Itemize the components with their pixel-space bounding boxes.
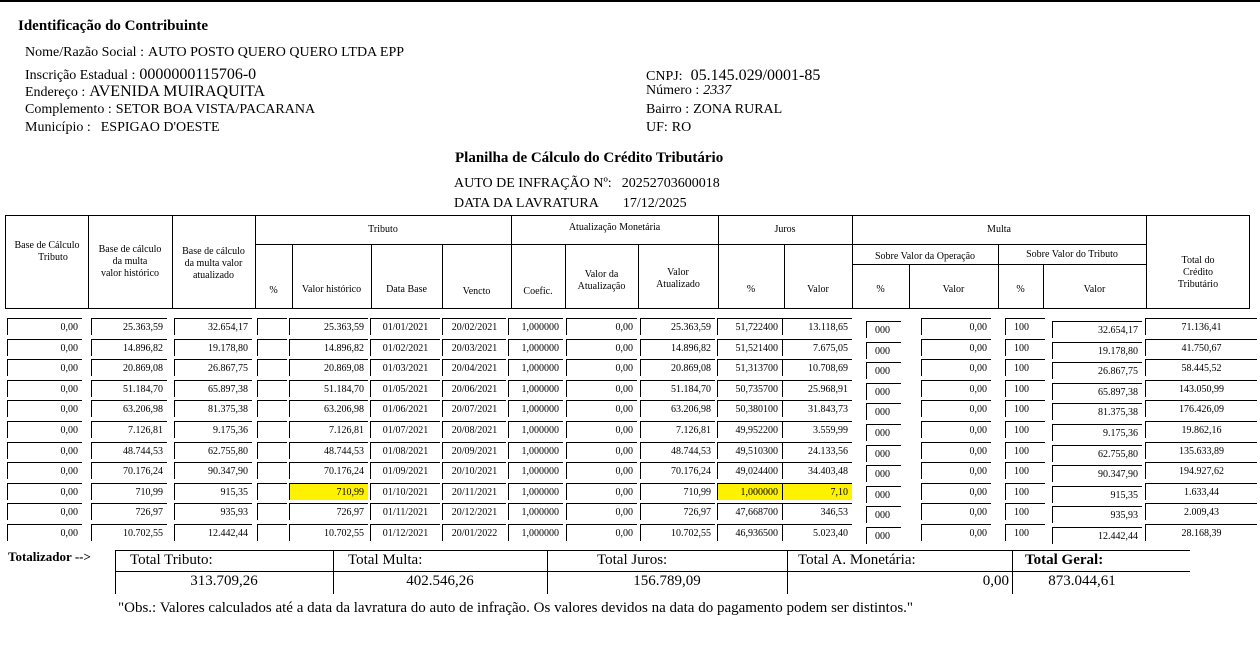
hdr-juros-valor: Valor (784, 284, 852, 296)
cell-bm-atual[interactable]: 81.375,38 (174, 400, 252, 417)
cell-total[interactable]: 28.168,39 (1145, 524, 1257, 541)
cell-mtr-valor[interactable]: 915,35 (1052, 486, 1142, 503)
cell-coef[interactable]: 1,000000 (508, 359, 563, 376)
cell-data-base[interactable]: 01/02/2021 (370, 339, 440, 356)
cell-mop-pct[interactable]: 000 (866, 527, 901, 544)
cell-base-trib[interactable]: 0,00 (7, 483, 82, 500)
cell-valor-atualizado[interactable]: 7.126,81 (640, 421, 715, 438)
cell-mtr-valor[interactable]: 19.178,80 (1052, 342, 1142, 359)
municipio-row: Município : ESPIGAO D'OESTE (25, 118, 220, 136)
cell-valor-hist[interactable]: 51.184,70 (289, 380, 368, 397)
cell-juros-valor[interactable]: 31.843,73 (782, 400, 852, 417)
total-atual-label: Total A. Monetária: (798, 552, 916, 569)
hdr-trib-vencto: Vencto (442, 286, 511, 298)
cell-valor-hist[interactable]: 63.206,98 (289, 400, 368, 417)
cell-juros-pct[interactable]: 51,722400 (717, 318, 782, 335)
cell-mop-pct[interactable]: 000 (866, 465, 901, 482)
cell-vencto[interactable]: 20/11/2021 (442, 483, 506, 500)
cell-total[interactable]: 41.750,67 (1145, 339, 1257, 356)
cell-v-atual[interactable]: 0,00 (566, 318, 637, 335)
cell-valor-atualizado[interactable]: 14.896,82 (640, 339, 715, 356)
cell-mop-valor[interactable]: 0,00 (921, 359, 991, 376)
cell-mop-pct[interactable]: 000 (866, 445, 901, 462)
cell-juros-valor[interactable]: 3.559,99 (782, 421, 852, 438)
cell-vencto[interactable]: 20/09/2021 (442, 442, 506, 459)
cell-valor-hist[interactable]: 48.744,53 (289, 442, 368, 459)
cell-bm-atual[interactable]: 32.654,17 (174, 318, 252, 335)
planilha-title: Planilha de Cálculo do Crédito Tributári… (455, 150, 723, 167)
cell-mop-pct[interactable]: 000 (866, 506, 901, 523)
cell-bm-atual[interactable]: 90.347,90 (174, 462, 252, 479)
cell-mop-valor[interactable]: 0,00 (921, 483, 991, 500)
cell-bm-atual[interactable]: 62.755,80 (174, 442, 252, 459)
cell-mop-valor[interactable]: 0,00 (921, 442, 991, 459)
endereco-row: Endereço : AVENIDA MUIRAQUITA (25, 83, 265, 101)
cell-bm-hist[interactable]: 710,99 (91, 483, 167, 500)
cell-data-base[interactable]: 01/11/2021 (370, 503, 440, 520)
totals-box: Total Tributo: 313.709,26 Total Multa: 4… (115, 550, 1190, 594)
cell-pct[interactable] (257, 442, 287, 459)
cell-valor-atualizado[interactable]: 25.363,59 (640, 318, 715, 335)
cell-juros-pct[interactable]: 49,952200 (717, 421, 782, 438)
cell-valor-atualizado[interactable]: 726,97 (640, 503, 715, 520)
cell-mtr-valor[interactable]: 12.442,44 (1052, 527, 1142, 544)
section-title-contribuinte: Identificação do Contribuinte (18, 18, 208, 35)
total-multa-label: Total Multa: (348, 552, 422, 569)
cell-bm-atual[interactable]: 12.442,44 (174, 524, 252, 541)
cell-valor-hist[interactable]: 7.126,81 (289, 421, 368, 438)
cell-mtr-pct[interactable]: 100 (1005, 318, 1045, 335)
municipio-value: ESPIGAO D'OESTE (101, 120, 220, 135)
hdr-multa-op-group: Sobre Valor da Operação (852, 251, 998, 263)
cell-base-trib[interactable]: 0,00 (7, 524, 82, 541)
cell-data-base[interactable]: 01/10/2021 (370, 483, 440, 500)
cell-data-base[interactable]: 01/06/2021 (370, 400, 440, 417)
cell-mtr-pct[interactable]: 100 (1005, 442, 1045, 459)
uf-row: UF: RO (646, 118, 691, 136)
cell-base-trib[interactable]: 0,00 (7, 400, 82, 417)
cell-mop-valor[interactable]: 0,00 (921, 421, 991, 438)
cell-mop-pct[interactable]: 000 (866, 362, 901, 379)
cell-juros-valor[interactable]: 7,10 (782, 483, 852, 500)
hdr-trib-data-base: Data Base (371, 284, 442, 296)
cell-valor-atualizado[interactable]: 63.206,98 (640, 400, 715, 417)
hdr-atual-coef: Coefic. (511, 286, 565, 298)
cell-mtr-pct[interactable]: 100 (1005, 380, 1045, 397)
cell-pct[interactable] (257, 359, 287, 376)
cell-base-trib[interactable]: 0,00 (7, 421, 82, 438)
hdr-multa-group: Multa (852, 224, 1146, 236)
cell-valor-hist[interactable]: 70.176,24 (289, 462, 368, 479)
cell-v-atual[interactable]: 0,00 (566, 400, 637, 417)
data-lavratura-row: DATA DA LAVRATURA 17/12/2025 (454, 194, 687, 212)
cell-mop-valor[interactable]: 0,00 (921, 503, 991, 520)
cell-bm-hist[interactable]: 7.126,81 (91, 421, 167, 438)
data-lavratura-value: 17/12/2025 (623, 196, 687, 211)
hdr-atual-valor-atualizado: ValorAtualizado (638, 267, 718, 291)
cell-data-base[interactable]: 01/01/2021 (370, 318, 440, 335)
total-juros-value: 156.789,09 (547, 573, 787, 590)
cell-data-base[interactable]: 01/12/2021 (370, 524, 440, 541)
auto-infracao-label: AUTO DE INFRAÇÃO Nº: (454, 176, 612, 191)
cell-vencto[interactable]: 20/04/2021 (442, 359, 506, 376)
cell-bm-atual[interactable]: 9.175,36 (174, 421, 252, 438)
cell-base-trib[interactable]: 0,00 (7, 442, 82, 459)
cell-coef[interactable]: 1,000000 (508, 318, 563, 335)
municipio-label: Município : (25, 120, 91, 135)
complemento-row: Complemento : SETOR BOA VISTA/PACARANA (25, 100, 315, 118)
cell-data-base[interactable]: 01/09/2021 (370, 462, 440, 479)
cell-juros-valor[interactable]: 13.118,65 (782, 318, 852, 335)
cell-mtr-pct[interactable]: 100 (1005, 483, 1045, 500)
cell-bm-hist[interactable]: 726,97 (91, 503, 167, 520)
cell-valor-atualizado[interactable]: 70.176,24 (640, 462, 715, 479)
hdr-multa-trib-pct: % (998, 284, 1043, 296)
total-geral-value: 873.044,61 (1012, 573, 1152, 590)
cell-total[interactable]: 176.426,09 (1145, 400, 1257, 417)
cell-total[interactable]: 194.927,62 (1145, 462, 1257, 479)
cell-coef[interactable]: 1,000000 (508, 483, 563, 500)
total-tributo-label: Total Tributo: (130, 552, 213, 569)
cell-mtr-valor[interactable]: 65.897,38 (1052, 383, 1142, 400)
hdr-atual-valor: Valor daAtualização (565, 269, 638, 293)
hdr-trib-pct: % (255, 285, 292, 297)
cell-vencto[interactable]: 20/03/2021 (442, 339, 506, 356)
hdr-multa-trib-valor: Valor (1043, 284, 1146, 296)
cell-mop-valor[interactable]: 0,00 (921, 524, 991, 541)
cell-valor-atualizado[interactable]: 20.869,08 (640, 359, 715, 376)
cell-valor-hist[interactable]: 20.869,08 (289, 359, 368, 376)
cell-mtr-pct[interactable]: 100 (1005, 421, 1045, 438)
cell-total[interactable]: 1.633,44 (1145, 483, 1257, 500)
cell-juros-valor[interactable]: 34.403,48 (782, 462, 852, 479)
cell-vencto[interactable]: 20/10/2021 (442, 462, 506, 479)
cell-total[interactable]: 2.009,43 (1145, 503, 1257, 520)
cell-juros-pct[interactable]: 1,000000 (717, 483, 782, 500)
cell-valor-hist[interactable]: 14.896,82 (289, 339, 368, 356)
table-header: Base de CálculoTributo Base de cálculoda… (5, 215, 1250, 309)
cell-base-trib[interactable]: 0,00 (7, 359, 82, 376)
cell-vencto[interactable]: 20/06/2021 (442, 380, 506, 397)
cell-juros-pct[interactable]: 49,510300 (717, 442, 782, 459)
cell-bm-hist[interactable]: 25.363,59 (91, 318, 167, 335)
cell-bm-hist[interactable]: 63.206,98 (91, 400, 167, 417)
cell-juros-pct[interactable]: 50,735700 (717, 380, 782, 397)
cell-coef[interactable]: 1,000000 (508, 400, 563, 417)
cell-v-atual[interactable]: 0,00 (566, 503, 637, 520)
cell-mop-valor[interactable]: 0,00 (921, 339, 991, 356)
cell-mtr-pct[interactable]: 100 (1005, 524, 1045, 541)
cell-mop-valor[interactable]: 0,00 (921, 318, 991, 335)
cell-base-trib[interactable]: 0,00 (7, 380, 82, 397)
cell-bm-hist[interactable]: 14.896,82 (91, 339, 167, 356)
cell-coef[interactable]: 1,000000 (508, 503, 563, 520)
hdr-base-calc-tributo: Base de CálculoTributo (6, 240, 88, 264)
cell-v-atual[interactable]: 0,00 (566, 442, 637, 459)
cell-mtr-pct[interactable]: 100 (1005, 339, 1045, 356)
cell-juros-pct[interactable]: 49,024400 (717, 462, 782, 479)
cell-coef[interactable]: 1,000000 (508, 339, 563, 356)
cell-pct[interactable] (257, 503, 287, 520)
hdr-multa-op-valor: Valor (909, 284, 998, 296)
cell-juros-valor[interactable]: 346,53 (782, 503, 852, 520)
cell-mop-valor[interactable]: 0,00 (921, 400, 991, 417)
cell-mtr-valor[interactable]: 90.347,90 (1052, 465, 1142, 482)
cell-juros-pct[interactable]: 50,380100 (717, 400, 782, 417)
hdr-trib-valor-hist: Valor histórico (292, 284, 371, 296)
observation-note: "Obs.: Valores calculados até a data da … (118, 600, 913, 617)
hdr-atual-group: Atualização Monetária (511, 222, 718, 234)
cell-mtr-valor[interactable]: 81.375,38 (1052, 403, 1142, 420)
nome-label: Nome/Razão Social : (25, 45, 144, 60)
cell-v-atual[interactable]: 0,00 (566, 483, 637, 500)
cell-bm-atual[interactable]: 65.897,38 (174, 380, 252, 397)
cell-total[interactable]: 143.050,99 (1145, 380, 1257, 397)
cell-total[interactable]: 71.136,41 (1145, 318, 1257, 335)
cell-bm-atual[interactable]: 19.178,80 (174, 339, 252, 356)
cell-mop-valor[interactable]: 0,00 (921, 462, 991, 479)
cell-pct[interactable] (257, 339, 287, 356)
total-atual-value: 0,00 (787, 573, 1009, 590)
cell-pct[interactable] (257, 462, 287, 479)
cell-total[interactable]: 135.633,89 (1145, 442, 1257, 459)
cell-vencto[interactable]: 20/07/2021 (442, 400, 506, 417)
auto-infracao-row: AUTO DE INFRAÇÃO Nº: 20252703600018 (454, 174, 720, 192)
cell-mtr-pct[interactable]: 100 (1005, 400, 1045, 417)
cell-mtr-pct[interactable]: 100 (1005, 359, 1045, 376)
hdr-juros-group: Juros (718, 224, 852, 236)
cell-valor-hist[interactable]: 726,97 (289, 503, 368, 520)
cell-base-trib[interactable]: 0,00 (7, 339, 82, 356)
ie-row: Inscrição Estadual : 0000000115706-0 (25, 66, 256, 84)
cell-vencto[interactable]: 20/01/2022 (442, 524, 506, 541)
cell-juros-valor[interactable]: 10.708,69 (782, 359, 852, 376)
cell-bm-hist[interactable]: 51.184,70 (91, 380, 167, 397)
ie-value: 0000000115706-0 (139, 66, 256, 83)
hdr-multa-trib-group: Sobre Valor do Tributo (998, 249, 1146, 261)
cell-valor-atualizado[interactable]: 710,99 (640, 483, 715, 500)
cell-mop-pct[interactable]: 000 (866, 424, 901, 441)
cell-mop-pct[interactable]: 000 (866, 342, 901, 359)
cell-coef[interactable]: 1,000000 (508, 442, 563, 459)
cell-pct[interactable] (257, 421, 287, 438)
cell-juros-pct[interactable]: 47,668700 (717, 503, 782, 520)
cell-bm-hist[interactable]: 20.869,08 (91, 359, 167, 376)
cell-valor-hist[interactable]: 710,99 (289, 483, 368, 500)
endereco-label: Endereço : (25, 85, 85, 100)
cell-data-base[interactable]: 01/03/2021 (370, 359, 440, 376)
cell-v-atual[interactable]: 0,00 (566, 421, 637, 438)
cell-mtr-pct[interactable]: 100 (1005, 462, 1045, 479)
endereco-value: AVENIDA MUIRAQUITA (89, 83, 265, 100)
cell-data-base[interactable]: 01/08/2021 (370, 442, 440, 459)
bairro-value: ZONA RURAL (693, 102, 782, 117)
cell-valor-hist[interactable]: 10.702,55 (289, 524, 368, 541)
cell-v-atual[interactable]: 0,00 (566, 462, 637, 479)
cell-total[interactable]: 58.445,52 (1145, 359, 1257, 376)
cell-valor-hist[interactable]: 25.363,59 (289, 318, 368, 335)
cell-pct[interactable] (257, 400, 287, 417)
complemento-label: Complemento : (25, 102, 112, 117)
cell-valor-atualizado[interactable]: 10.702,55 (640, 524, 715, 541)
cell-vencto[interactable]: 20/08/2021 (442, 421, 506, 438)
cell-juros-valor[interactable]: 25.968,91 (782, 380, 852, 397)
cell-v-atual[interactable]: 0,00 (566, 359, 637, 376)
hdr-total: Total doCréditoTributário (1146, 255, 1250, 291)
auto-infracao-value: 20252703600018 (622, 176, 720, 191)
uf-value: RO (672, 120, 691, 135)
cell-vencto[interactable]: 20/02/2021 (442, 318, 506, 335)
cell-base-trib[interactable]: 0,00 (7, 462, 82, 479)
cell-v-atual[interactable]: 0,00 (566, 380, 637, 397)
cell-data-base[interactable]: 01/07/2021 (370, 421, 440, 438)
bairro-row: Bairro : ZONA RURAL (646, 100, 782, 118)
hdr-tributo-group: Tributo (255, 224, 511, 236)
data-lavratura-label: DATA DA LAVRATURA (454, 196, 599, 211)
cell-mop-pct[interactable]: 000 (866, 321, 901, 338)
cell-mop-valor[interactable]: 0,00 (921, 380, 991, 397)
cell-coef[interactable]: 1,000000 (508, 524, 563, 541)
uf-label: UF: (646, 120, 668, 135)
cell-mop-pct[interactable]: 000 (866, 383, 901, 400)
cell-bm-hist[interactable]: 10.702,55 (91, 524, 167, 541)
numero-row: Número : 2337 (646, 81, 731, 99)
cell-juros-valor[interactable]: 7.675,05 (782, 339, 852, 356)
cell-pct[interactable] (257, 524, 287, 541)
cell-pct[interactable] (257, 318, 287, 335)
cell-mtr-valor[interactable]: 26.867,75 (1052, 362, 1142, 379)
totalizador-label: Totalizador --> (8, 549, 91, 565)
cell-juros-pct[interactable]: 46,936500 (717, 524, 782, 541)
cell-mtr-valor[interactable]: 935,93 (1052, 506, 1142, 523)
cell-juros-pct[interactable]: 51,313700 (717, 359, 782, 376)
cell-v-atual[interactable]: 0,00 (566, 339, 637, 356)
cell-mop-pct[interactable]: 000 (866, 403, 901, 420)
cell-base-trib[interactable]: 0,00 (7, 318, 82, 335)
cell-pct[interactable] (257, 380, 287, 397)
cell-valor-atualizado[interactable]: 48.744,53 (640, 442, 715, 459)
cell-juros-pct[interactable]: 51,521400 (717, 339, 782, 356)
cell-base-trib[interactable]: 0,00 (7, 503, 82, 520)
hdr-base-multa-hist: Base de cálculoda multavalor histórico (88, 244, 172, 280)
numero-label: Número : (646, 83, 699, 98)
nome-value: AUTO POSTO QUERO QUERO LTDA EPP (148, 45, 404, 60)
cell-bm-atual[interactable]: 935,93 (174, 503, 252, 520)
complemento-value: SETOR BOA VISTA/PACARANA (116, 102, 315, 117)
cell-bm-hist[interactable]: 70.176,24 (91, 462, 167, 479)
hdr-base-multa-atual: Base de cálculoda multa valoratualizado (172, 246, 255, 282)
cell-coef[interactable]: 1,000000 (508, 380, 563, 397)
cell-total[interactable]: 19.862,16 (1145, 421, 1257, 438)
cell-mtr-pct[interactable]: 100 (1005, 503, 1045, 520)
cell-valor-atualizado[interactable]: 51.184,70 (640, 380, 715, 397)
hdr-multa-op-pct: % (852, 284, 909, 296)
cell-pct[interactable] (257, 483, 287, 500)
cell-vencto[interactable]: 20/12/2021 (442, 503, 506, 520)
cell-juros-valor[interactable]: 24.133,56 (782, 442, 852, 459)
cell-data-base[interactable]: 01/05/2021 (370, 380, 440, 397)
bairro-label: Bairro : (646, 102, 689, 117)
cell-bm-atual[interactable]: 26.867,75 (174, 359, 252, 376)
cell-mtr-valor[interactable]: 9.175,36 (1052, 424, 1142, 441)
cell-bm-atual[interactable]: 915,35 (174, 483, 252, 500)
numero-value: 2337 (703, 83, 731, 98)
cell-coef[interactable]: 1,000000 (508, 421, 563, 438)
cell-juros-valor[interactable]: 5.023,40 (782, 524, 852, 541)
total-juros-label: Total Juros: (597, 552, 667, 569)
cell-v-atual[interactable]: 0,00 (566, 524, 637, 541)
cell-mop-pct[interactable]: 000 (866, 486, 901, 503)
nome-row: Nome/Razão Social : AUTO POSTO QUERO QUE… (25, 43, 404, 61)
hdr-juros-pct: % (718, 284, 784, 296)
total-geral-label: Total Geral: (1025, 552, 1103, 569)
cell-mtr-valor[interactable]: 32.654,17 (1052, 321, 1142, 338)
total-multa-value: 402.546,26 (333, 573, 547, 590)
cell-bm-hist[interactable]: 48.744,53 (91, 442, 167, 459)
ie-label: Inscrição Estadual : (25, 68, 135, 83)
cell-coef[interactable]: 1,000000 (508, 462, 563, 479)
total-tributo-value: 313.709,26 (115, 573, 333, 590)
cell-mtr-valor[interactable]: 62.755,80 (1052, 445, 1142, 462)
top-rule (0, 0, 1260, 2)
